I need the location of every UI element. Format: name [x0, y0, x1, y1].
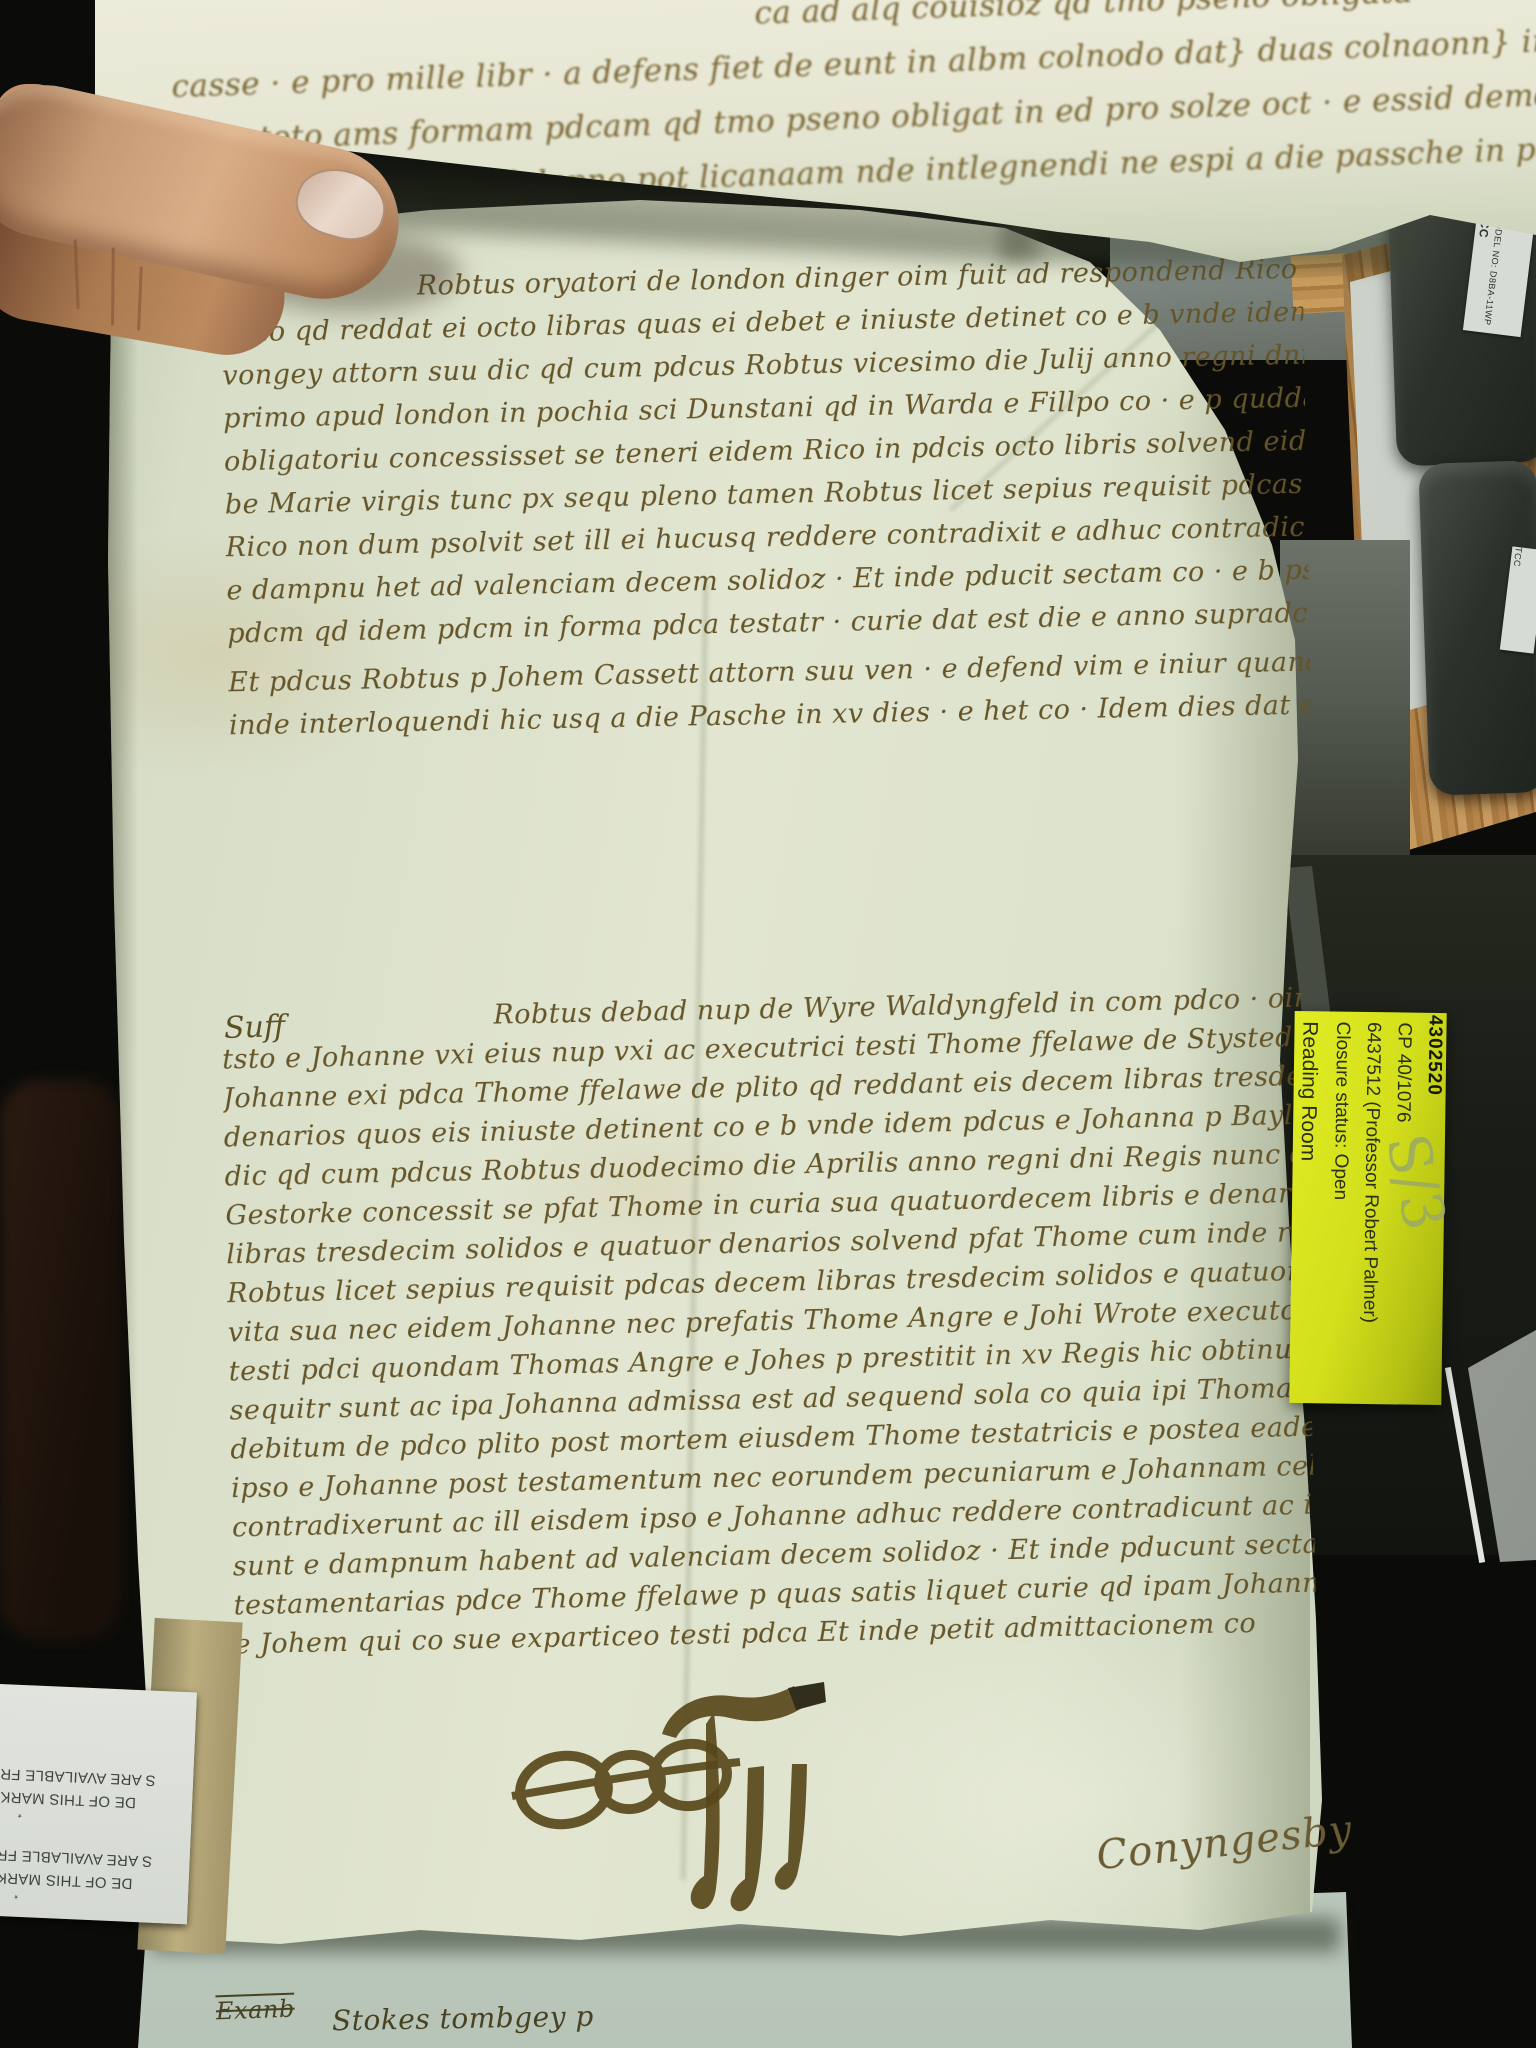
- entry1-script-block: Robtus oryatori de london dinger oim fui…: [220, 248, 1311, 769]
- reading-room-photo: TCCMODEL NO: D8BA-11WP TCC Exanb Stokes …: [0, 0, 1536, 2048]
- bottom-script-line: Stokes tombgey p: [332, 2000, 594, 2038]
- bottom-margin-note: Exanb: [216, 1995, 296, 2026]
- paraph-flourish-mark: [492, 1672, 832, 1932]
- note-line: 6437512 (Professor Robert Palmer): [1352, 1022, 1388, 1397]
- warning-paper-slip: *DE OF THIS MARKER.S ARE AVAILABLE FROM*…: [0, 1684, 197, 1925]
- slip-upside-down-text: *DE OF THIS MARKER.S ARE AVAILABLE FROM*…: [0, 1684, 197, 1925]
- note-line: Closure status: Open: [1321, 1021, 1357, 1396]
- entry2-script-block: Robtus debad nup de Wyre Waldyngfeld in …: [221, 979, 1317, 1682]
- dark-leather-left: [0, 1080, 120, 1640]
- note-line: Reading Room: [1289, 1021, 1326, 1396]
